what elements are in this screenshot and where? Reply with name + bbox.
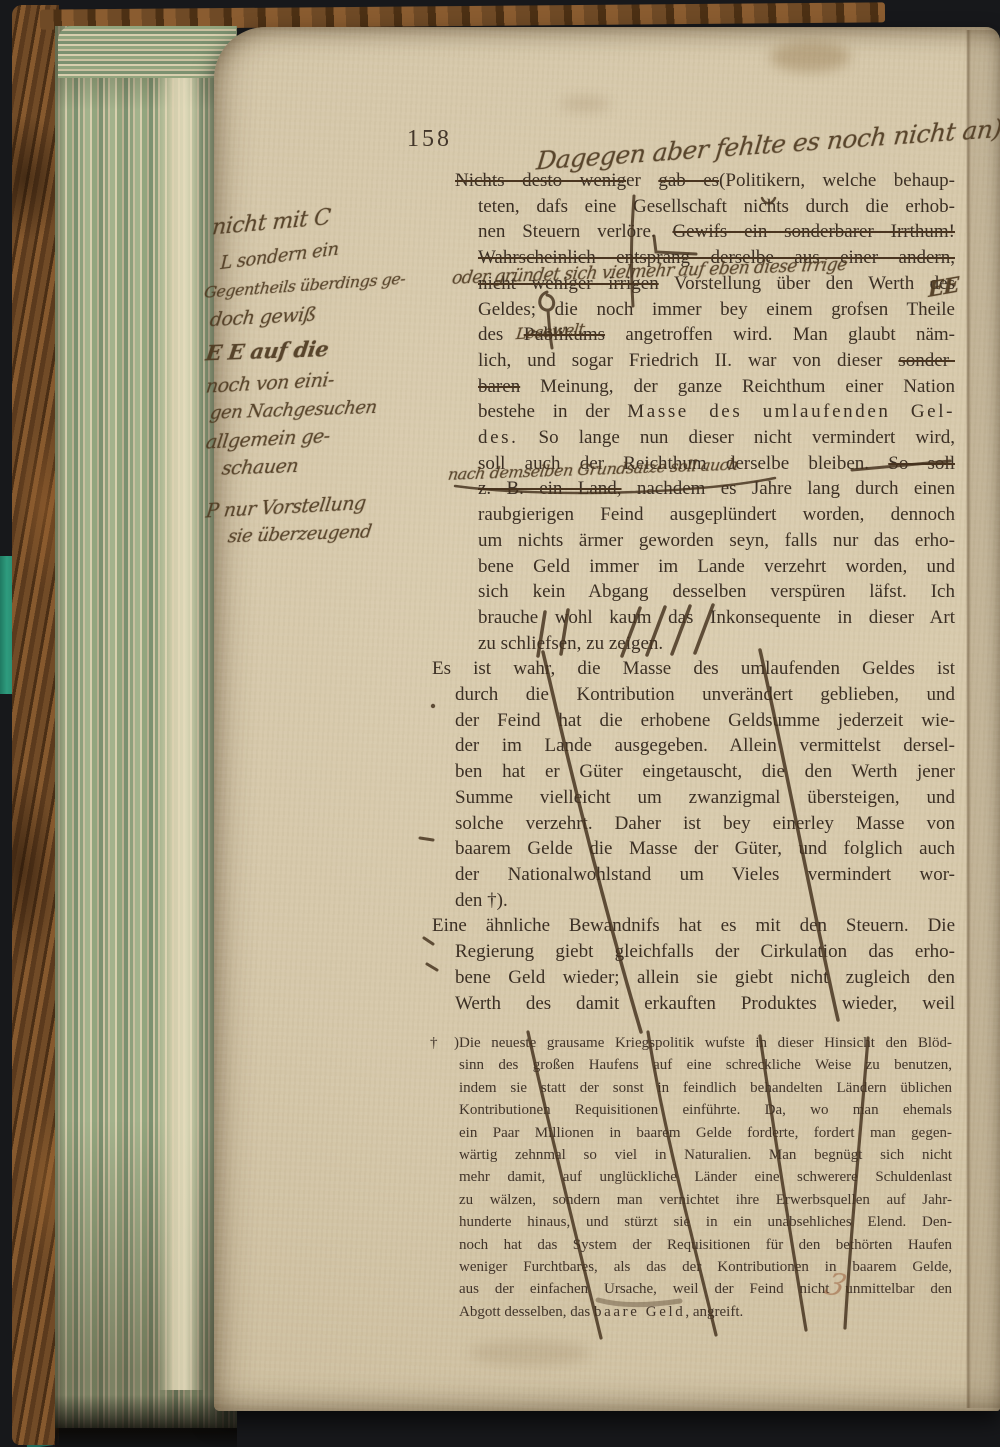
handwriting-note: gen Nachgesuchen [209,397,378,424]
handwriting-note: allgemein ge- [205,425,331,454]
handwriting-note: E E auf die [204,336,330,365]
handwriting-note: noch von eini- [205,369,336,398]
handwriting-note: sie überzeugend [227,521,373,547]
handwriting-note: EE [928,271,959,302]
handwritten-annotations: Dagegen aber fehlte es noch nicht an)ode… [0,0,1000,1447]
handwriting-note: doch gewiß [209,303,318,331]
handwriting-note: nicht mit C [211,205,331,241]
handwriting-note: schauen [220,455,299,480]
handwriting-note: Gegentheils überdings ge- [203,269,406,302]
handwriting-note: L sondern ein [220,239,339,275]
handwriting-note: Dagegen aber fehlte es noch nicht an) [535,114,1000,176]
handwriting-note: nach demselben Grundsatze soll auch [447,455,740,484]
handwriting-note: Lesewelt [515,320,585,344]
handwriting-note: oder gründet sich vielmehr auf eben dies… [451,255,848,289]
handwriting-note: P nur Vorstellung [205,492,367,523]
book-scan: 158 Nichts desto weniger gab es(Politike… [0,0,1000,1447]
handwriting-note: 3 [821,1267,850,1303]
